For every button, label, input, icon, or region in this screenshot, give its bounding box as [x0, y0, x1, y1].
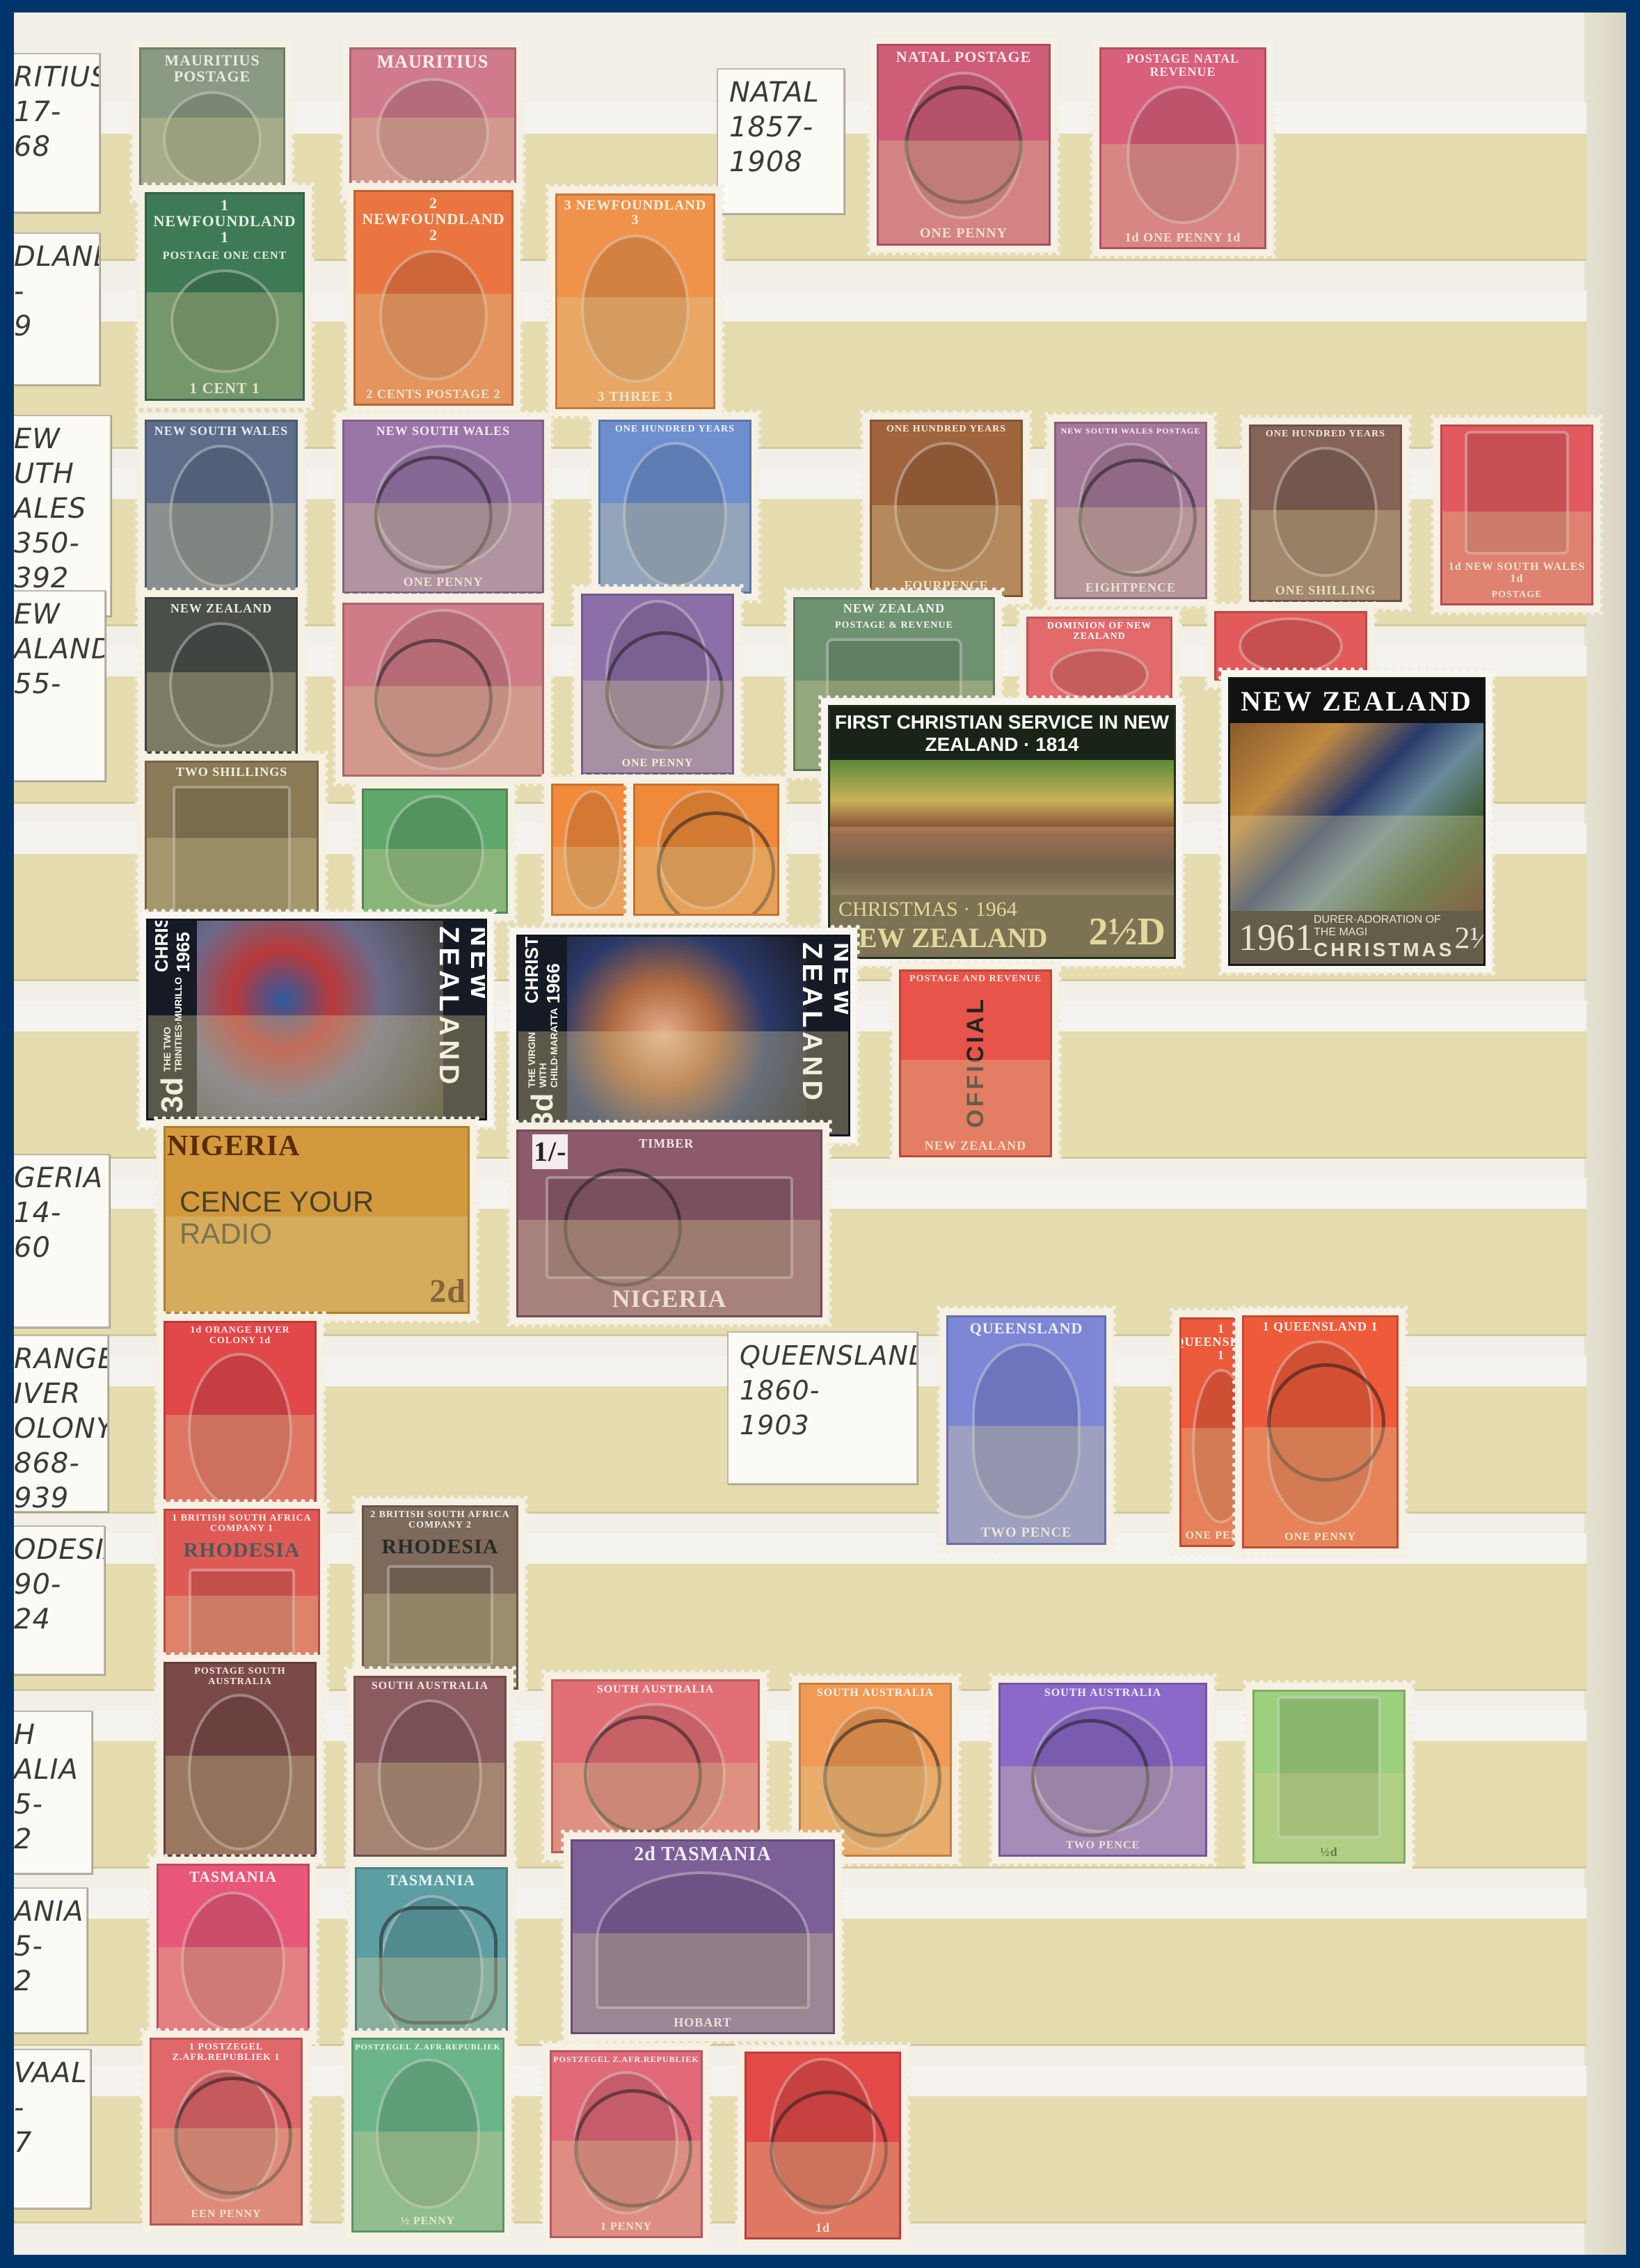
stamp-nsw-1d: 1d NEW SOUTH WALES 1dPOSTAGE	[1433, 418, 1600, 612]
stamp-newfoundland-2c: 2 NEWFOUNDLAND 22 CENTS POSTAGE 2	[347, 183, 520, 413]
stamp-nz-3: ONE PENNY	[574, 587, 741, 782]
country-label-south-australia: H ALIA 5- 2	[14, 1711, 93, 1874]
stamp-nz-christmas-1966: 3d THE VIRGIN WITH CHILD·MARATTA CHRISTM…	[509, 928, 857, 1143]
stamp-natal-1: NATAL POSTAGEONE PENNY	[870, 37, 1058, 253]
stamp-south-australia-1: POSTAGE SOUTH AUSTRALIA	[157, 1655, 324, 1864]
country-label-newfoundland: DLAND - 9	[14, 232, 100, 386]
country-label-new-south-wales: EW UTH ALES 350- 392	[14, 415, 111, 617]
stamp-nz-official: POSTAGE AND REVENUE OFFICIAL NEW ZEALAND	[892, 962, 1059, 1164]
stamp-nigeria-2d: NIGERIA CENCE YOUR RADIO 2d	[157, 1119, 477, 1321]
stamp-nigeria-1s: 1/-TIMBER NIGERIA	[509, 1123, 829, 1324]
stamp-mauritius-1: MAURITIUS POSTAGE	[132, 40, 292, 200]
stamp-newfoundland-1c: 1 NEWFOUNDLAND 1POSTAGE ONE CENT1 CENT 1	[138, 185, 312, 408]
stamp-nz-8	[355, 782, 515, 921]
country-label-nigeria: GERIA 14- 60	[14, 1154, 110, 1328]
stamp-nsw-3: ONE HUNDRED YEARS	[591, 413, 758, 601]
stamp-nsw-fourpence: ONE HUNDRED YEARSFOURPENCE	[863, 413, 1030, 604]
stamp-transvaal-4: 1d	[738, 2045, 908, 2246]
stamp-natal-2: POSTAGE NATAL REVENUE1d ONE PENNY 1d	[1092, 40, 1273, 256]
country-label-tasmania: ANIA 5- 2	[14, 1887, 88, 2033]
country-label-mauritius: RITIUS 17- 68	[14, 53, 100, 213]
stamp-nz-1: NEW ZEALAND	[138, 590, 305, 761]
country-label-new-zealand: EW ALAND 55-	[14, 590, 106, 782]
stamp-nsw-eightpence: NEW SOUTH WALES POSTAGEEIGHTPENCE	[1047, 415, 1214, 606]
stamp-south-australia-5: SOUTH AUSTRALIATWO PENCE	[992, 1676, 1214, 1864]
stamp-nz-christmas-1961: NEW ZEALAND 1961 DURER·ADORATION OF THE …	[1221, 670, 1492, 973]
stamp-nsw-2: NEW SOUTH WALESONE PENNY	[335, 413, 551, 601]
stamp-tasmania-hobart: 2d TASMANIAHOBART	[564, 1832, 842, 2041]
page-spine-edge	[1584, 13, 1626, 2255]
stamp-newfoundland-3c: 3 NEWFOUNDLAND 33 THREE 3	[548, 187, 722, 416]
stamp-transvaal-3: POSTZEGEL Z.AFR.REPUBLIEK1 PENNY	[543, 2043, 710, 2245]
stockbook-page: RITIUS 17- 68 DLAND - 9 EW UTH ALES 350-…	[14, 13, 1626, 2255]
country-label-orange-river-colony: RANGE IVER OLONY 868- 939	[14, 1335, 109, 1512]
stamp-nz-two-shillings: TWO SHILLINGS	[138, 754, 326, 928]
stamp-orange-river-colony: 1d ORANGE RIVER COLONY 1d	[157, 1314, 324, 1523]
country-label-transvaal: VAAL - 7	[14, 2049, 91, 2209]
stamp-transvaal-2: POSTZEGEL Z.AFR.REPUBLIEK½ PENNY	[344, 2031, 511, 2239]
stamp-south-australia-6: ½d	[1245, 1683, 1412, 1871]
stamp-queensland-1d-b: 1 QUEENSLAND 1ONE PENNY	[1235, 1308, 1406, 1555]
stamp-tasmania-1: TASMANIA	[150, 1857, 317, 2045]
stamp-south-australia-2: SOUTH AUSTRALIA	[347, 1669, 514, 1864]
stamp-nsw-1: NEW SOUTH WALES	[138, 413, 305, 601]
stamp-nz-2	[335, 596, 551, 784]
country-label-queensland: QUEENSLAND 1860- 1903	[727, 1331, 918, 1484]
stamp-nz-10	[626, 777, 786, 923]
stamp-rhodesia-2d: 2 BRITISH SOUTH AFRICA COMPANY 2RHODESIA…	[355, 1498, 525, 1697]
stamp-nz-christmas-1964: FIRST CHRISTIAN SERVICE IN NEW ZEALAND ·…	[821, 698, 1183, 966]
stamp-nz-christmas-1965: 3d THE TWO TRINITIES·MURILLO CHRISTMAS 1…	[139, 912, 494, 1127]
stamp-nsw-one-shilling: ONE HUNDRED YEARSONE SHILLING	[1242, 418, 1409, 609]
country-label-natal: NATAL 1857- 1908	[717, 68, 845, 214]
country-label-rhodesia: ODESIA 90- 24	[14, 1525, 105, 1675]
stamp-mauritius-2: MAURITIUS	[342, 40, 523, 200]
stamp-queensland-two-pence: QUEENSLANDTWO PENCE	[939, 1308, 1113, 1552]
stamp-transvaal-1: 1 POSTZEGEL Z.AFR.REPUBLIEK 1EEN PENNY	[143, 2031, 310, 2233]
